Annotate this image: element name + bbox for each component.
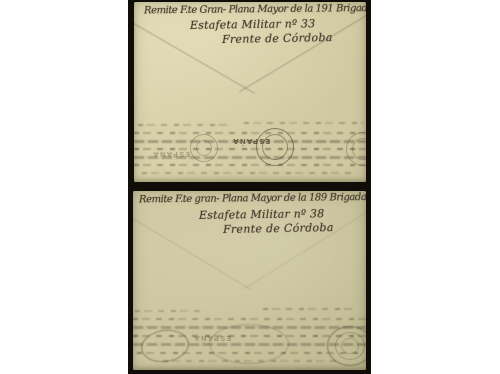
machine-cancellation-strip: ESPAÑA [133,308,366,370]
datestamp-oval [209,324,289,364]
machine-cancellation-strip: ESPAÑA ESPAÑA [134,120,366,182]
cancel-smudge-line [133,318,366,320]
sender-inscription-line-1: Remite F.te Gran- Plana Mayor de la 191 … [144,3,366,17]
cancel-smudge-line [244,122,364,124]
datestamp-circle [346,132,366,166]
sender-inscription-line-2: Estafeta Militar nº 33 [190,17,316,32]
datestamp-circle [190,134,218,162]
sender-inscription-line-3: Frente de Córdoba [223,221,334,236]
covers-photo-backdrop: Remite F.te Gran- Plana Mayor de la 191 … [128,0,371,374]
catalog-photo-page: Remite F.te Gran- Plana Mayor de la 191 … [0,0,500,374]
cancel-smudge-line [138,124,228,126]
sender-inscription-line-2: Estafeta Militar nº 38 [199,207,325,222]
envelope-bottom: Remite F.te gran- Plana Mayor de la 189 … [133,191,366,370]
datestamp-circle [335,332,365,360]
sender-inscription-line-1: Remite F.te gran- Plana Mayor de la 189 … [139,192,366,206]
cancel-smudge-line [134,164,366,166]
envelope-top: Remite F.te Gran- Plana Mayor de la 191 … [134,2,366,182]
datestamp-circle [256,128,294,166]
cancel-smudge-line [263,308,353,310]
sender-inscription-line-3: Frente de Córdoba [222,31,333,46]
cancel-smudge-line [142,172,352,174]
cancel-smudge-line [134,132,366,134]
cancel-smudge-line [135,310,205,312]
cancel-slogan-espana: ESPAÑA [152,150,190,158]
